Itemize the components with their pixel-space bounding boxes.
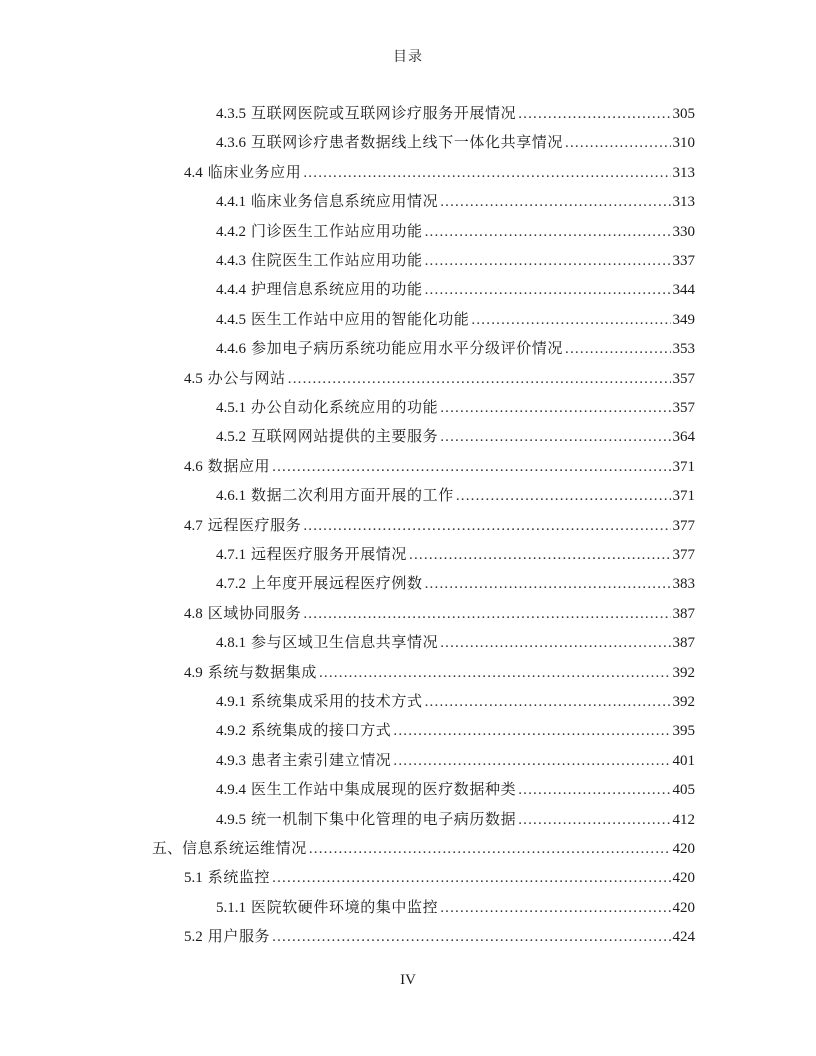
toc-entry[interactable]: 4.3.5 互联网医院或互联网诊疗服务开展情况 305 (216, 102, 695, 126)
toc-entry-number: 5.2 (184, 925, 203, 949)
toc-entry-number: 五、 (152, 837, 182, 861)
toc-entry-number: 4.3.5 (216, 102, 246, 126)
toc-entry-title: 医生工作站中集成展现的医疗数据种类 (251, 778, 516, 802)
toc-entry[interactable]: 4.9.1 系统集成采用的技术方式 392 (216, 690, 695, 714)
toc-entry-title: 办公自动化系统应用的功能 (251, 396, 438, 420)
toc-entry-title: 远程医疗服务开展情况 (251, 543, 407, 567)
toc-entry-number: 4.4.3 (216, 249, 246, 273)
toc-entry-number: 4.7.1 (216, 543, 246, 567)
toc-entry[interactable]: 4.6 数据应用 371 (184, 455, 695, 479)
leader-dots (272, 455, 670, 479)
toc-entry-number: 4.7 (184, 514, 203, 538)
toc-entry-title: 办公与网站 (208, 367, 286, 391)
toc-entry-page: 313 (673, 190, 696, 214)
toc-entry-number: 4.6 (184, 455, 203, 479)
page-footer-number: IV (0, 972, 816, 989)
toc-entry-page: 392 (673, 690, 696, 714)
toc-entry-page: 424 (673, 925, 696, 949)
leader-dots (425, 690, 671, 714)
toc-entry[interactable]: 五、 信息系统运维情况 420 (152, 837, 695, 861)
toc-entry-title: 系统监控 (208, 866, 270, 890)
toc-entry-number: 4.4.4 (216, 278, 246, 302)
toc-entry-title: 系统集成的接口方式 (251, 719, 391, 743)
toc-entry-number: 4.5 (184, 367, 203, 391)
leader-dots (272, 925, 670, 949)
toc-entry-number: 5.1.1 (216, 896, 246, 920)
toc-entry-page: 401 (673, 749, 696, 773)
toc-entry-number: 4.6.1 (216, 484, 246, 508)
toc-entry-title: 互联网网站提供的主要服务 (251, 425, 438, 449)
toc-entry-page: 405 (673, 778, 696, 802)
toc-entry[interactable]: 4.4.5 医生工作站中应用的智能化功能 349 (216, 308, 695, 332)
toc-entry[interactable]: 4.7.1 远程医疗服务开展情况 377 (216, 543, 695, 567)
toc-entry-title: 区域协同服务 (208, 602, 302, 626)
toc-entry-number: 4.9.3 (216, 749, 246, 773)
leader-dots (456, 484, 671, 508)
toc-entry[interactable]: 4.9.2 系统集成的接口方式 395 (216, 719, 695, 743)
toc-entry-number: 4.8 (184, 602, 203, 626)
toc-entry[interactable]: 4.3.6 互联网诊疗患者数据线上线下一体化共享情况 310 (216, 131, 695, 155)
toc-entry-number: 4.5.1 (216, 396, 246, 420)
leader-dots (565, 131, 670, 155)
toc-entry-number: 4.4 (184, 161, 203, 185)
toc-entry-page: 344 (673, 278, 696, 302)
toc-entry-page: 377 (673, 514, 696, 538)
leader-dots (303, 161, 670, 185)
leader-dots (440, 396, 670, 420)
toc-entry[interactable]: 4.9 系统与数据集成 392 (184, 661, 695, 685)
toc-entry-title: 住院医生工作站应用功能 (251, 249, 423, 273)
toc-entry[interactable]: 4.7.2 上年度开展远程医疗例数 383 (216, 572, 695, 596)
leader-dots (319, 661, 671, 685)
toc-entry-title: 医生工作站中应用的智能化功能 (251, 308, 469, 332)
leader-dots (518, 102, 670, 126)
toc-entry[interactable]: 5.1.1 医院软硬件环境的集中监控 420 (216, 896, 695, 920)
toc-entry-page: 387 (673, 631, 696, 655)
toc-entry-number: 4.4.6 (216, 337, 246, 361)
toc-entry-page: 310 (673, 131, 696, 155)
leader-dots (565, 337, 670, 361)
toc-entry[interactable]: 4.4.2 门诊医生工作站应用功能 330 (216, 220, 695, 244)
toc-entry[interactable]: 4.5.1 办公自动化系统应用的功能 357 (216, 396, 695, 420)
toc-entry[interactable]: 4.9.4 医生工作站中集成展现的医疗数据种类 405 (216, 778, 695, 802)
toc-entry-title: 互联网诊疗患者数据线上线下一体化共享情况 (251, 131, 563, 155)
toc-entry-number: 4.9.1 (216, 690, 246, 714)
toc-entry-page: 420 (673, 866, 696, 890)
toc-entry-title: 系统与数据集成 (208, 661, 317, 685)
toc-entry[interactable]: 4.4.1 临床业务信息系统应用情况 313 (216, 190, 695, 214)
leader-dots (440, 896, 670, 920)
leader-dots (440, 425, 670, 449)
leader-dots (425, 278, 671, 302)
toc-entry-number: 4.4.2 (216, 220, 246, 244)
toc-entry[interactable]: 5.2 用户服务 424 (184, 925, 695, 949)
toc-entry-page: 330 (673, 220, 696, 244)
toc-entry-page: 395 (673, 719, 696, 743)
leader-dots (303, 514, 670, 538)
leader-dots (440, 190, 670, 214)
toc-entry-page: 377 (673, 543, 696, 567)
toc-entry-number: 4.9 (184, 661, 203, 685)
leader-dots (440, 631, 670, 655)
toc-entry-number: 4.7.2 (216, 572, 246, 596)
toc-entry-title: 临床业务信息系统应用情况 (251, 190, 438, 214)
toc-entry-title: 数据二次利用方面开展的工作 (251, 484, 454, 508)
page-header-title: 目录 (0, 46, 816, 66)
toc-entry-title: 上年度开展远程医疗例数 (251, 572, 423, 596)
toc-entry-number: 4.9.2 (216, 719, 246, 743)
toc-entry[interactable]: 4.7 远程医疗服务 377 (184, 514, 695, 538)
toc-entry-title: 远程医疗服务 (208, 514, 302, 538)
toc-entry-number: 4.9.5 (216, 808, 246, 832)
toc-entry-page: 420 (673, 837, 696, 861)
toc-entry-title: 护理信息系统应用的功能 (251, 278, 423, 302)
toc-entry-title: 医院软硬件环境的集中监控 (251, 896, 438, 920)
toc-entry-page: 357 (673, 396, 696, 420)
toc-entry-number: 4.4.5 (216, 308, 246, 332)
toc-entry-number: 4.4.1 (216, 190, 246, 214)
toc-entry-title: 患者主索引建立情况 (251, 749, 391, 773)
toc-entry-title: 统一机制下集中化管理的电子病历数据 (251, 808, 516, 832)
leader-dots (272, 866, 670, 890)
toc-entry-page: 364 (673, 425, 696, 449)
toc-entry-page: 387 (673, 602, 696, 626)
leader-dots (425, 572, 671, 596)
toc-entry-title: 用户服务 (208, 925, 270, 949)
leader-dots (409, 543, 670, 567)
toc-entry-page: 412 (673, 808, 696, 832)
leader-dots (518, 808, 670, 832)
toc-entry-page: 353 (673, 337, 696, 361)
toc-entry-number: 4.8.1 (216, 631, 246, 655)
toc-entry-number: 4.3.6 (216, 131, 246, 155)
toc-entry[interactable]: 4.4.3 住院医生工作站应用功能 337 (216, 249, 695, 273)
toc-entry-title: 信息系统运维情况 (182, 837, 307, 861)
toc-entry-number: 4.9.4 (216, 778, 246, 802)
leader-dots (288, 367, 671, 391)
toc-entry-title: 互联网医院或互联网诊疗服务开展情况 (251, 102, 516, 126)
leader-dots (425, 249, 671, 273)
toc-entry-page: 383 (673, 572, 696, 596)
toc-entry-title: 参加电子病历系统功能应用水平分级评价情况 (251, 337, 563, 361)
toc-entry[interactable]: 4.4.4 护理信息系统应用的功能 344 (216, 278, 695, 302)
toc-entry-title: 临床业务应用 (208, 161, 302, 185)
toc-entry[interactable]: 4.5 办公与网站 357 (184, 367, 695, 391)
toc-entry[interactable]: 4.4.6 参加电子病历系统功能应用水平分级评价情况 353 (216, 337, 695, 361)
leader-dots (471, 308, 670, 332)
toc-entry[interactable]: 4.6.1 数据二次利用方面开展的工作 371 (216, 484, 695, 508)
leader-dots (425, 220, 671, 244)
toc-entry-title: 参与区域卫生信息共享情况 (251, 631, 438, 655)
toc-entry-page: 349 (673, 308, 696, 332)
toc-entry-page: 313 (673, 161, 696, 185)
toc-entry[interactable]: 4.4 临床业务应用 313 (184, 161, 695, 185)
leader-dots (303, 602, 670, 626)
toc-entry[interactable]: 4.9.5 统一机制下集中化管理的电子病历数据 412 (216, 808, 695, 832)
toc-entry-page: 392 (673, 661, 696, 685)
toc-entry-number: 4.5.2 (216, 425, 246, 449)
leader-dots (393, 749, 670, 773)
toc-entry-number: 5.1 (184, 866, 203, 890)
toc-entry-page: 371 (673, 455, 696, 479)
toc-entry-title: 数据应用 (208, 455, 270, 479)
toc-entry-title: 系统集成采用的技术方式 (251, 690, 423, 714)
toc-entry[interactable]: 4.8.1 参与区域卫生信息共享情况 387 (216, 631, 695, 655)
toc-entry-page: 357 (673, 367, 696, 391)
toc-entry-page: 420 (673, 896, 696, 920)
leader-dots (518, 778, 670, 802)
toc-entry-page: 371 (673, 484, 696, 508)
toc-entry[interactable]: 4.8 区域协同服务 387 (184, 602, 695, 626)
toc-entry-page: 305 (673, 102, 696, 126)
leader-dots (309, 837, 671, 861)
toc-entry-title: 门诊医生工作站应用功能 (251, 220, 423, 244)
toc-entry-page: 337 (673, 249, 696, 273)
toc-entry[interactable]: 4.9.3 患者主索引建立情况 401 (216, 749, 695, 773)
toc-entry[interactable]: 5.1 系统监控 420 (184, 866, 695, 890)
leader-dots (393, 719, 670, 743)
toc-entry[interactable]: 4.5.2 互联网网站提供的主要服务 364 (216, 425, 695, 449)
